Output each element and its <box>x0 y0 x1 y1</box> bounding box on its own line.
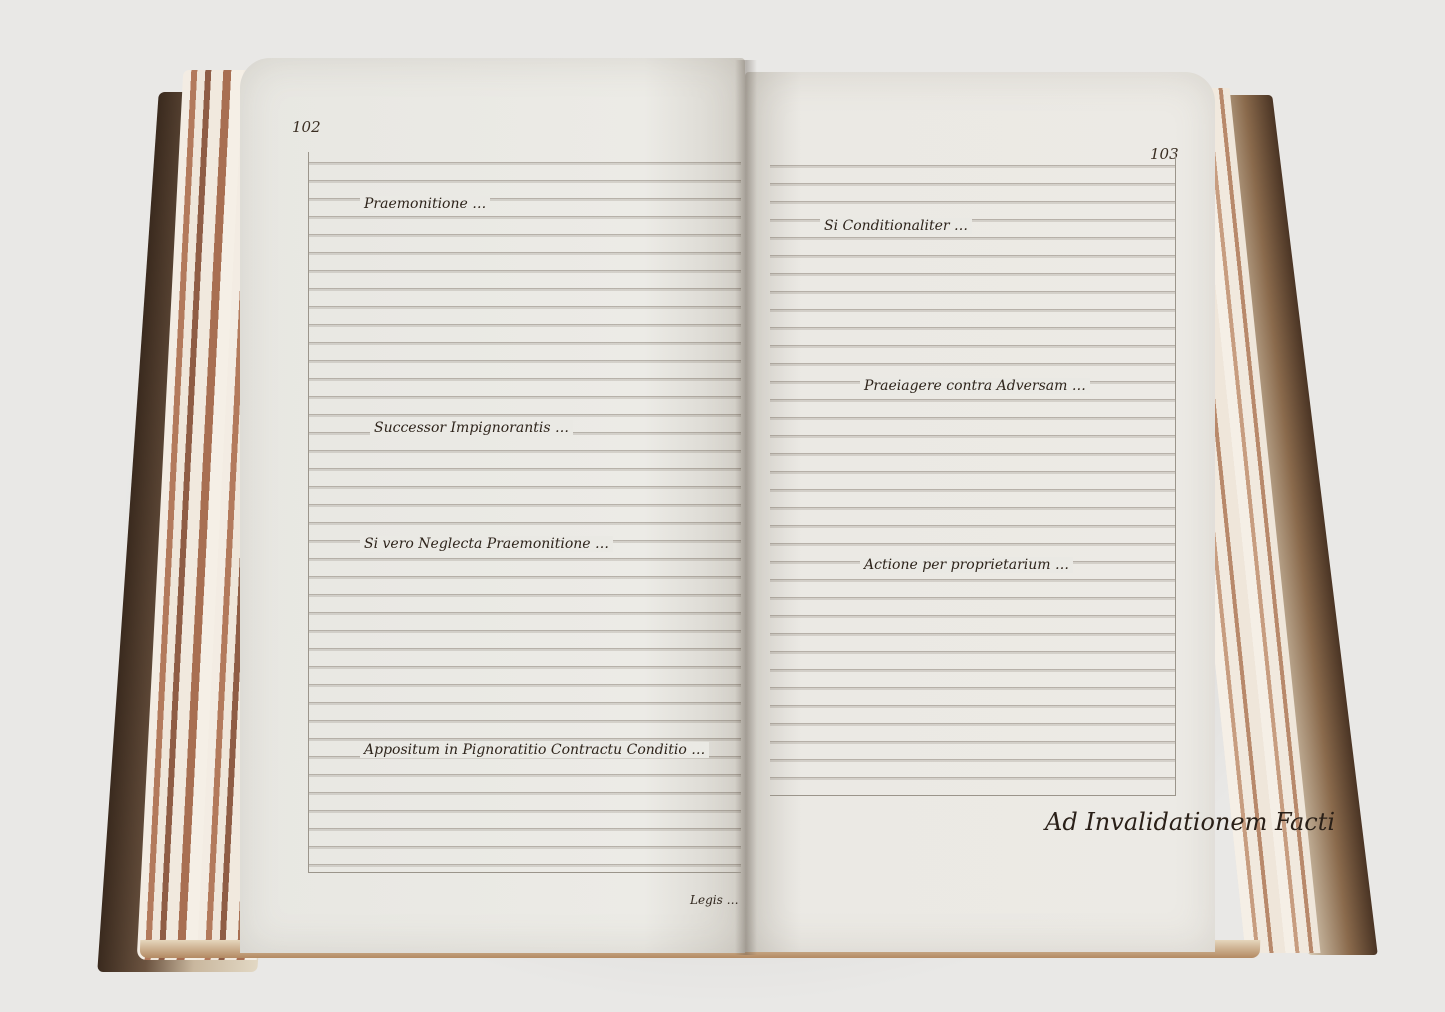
right-handwritten-text-block <box>770 155 1176 796</box>
left-heading-3: Si vero Neglecta Praemonitione … <box>360 536 613 552</box>
left-heading-2: Successor Impignorantis … <box>370 420 573 436</box>
right-heading-2: Praeiagere contra Adversam … <box>860 378 1090 394</box>
handwriting-lines <box>770 155 1175 795</box>
right-heading-3: Actione per proprietarium … <box>860 557 1073 573</box>
left-handwritten-text-block <box>308 152 741 873</box>
left-heading-4: Appositum in Pignoratitio Contractu Cond… <box>360 742 709 758</box>
left-page-number: 102 <box>292 118 321 136</box>
left-heading-1: Praemonitione … <box>360 196 490 212</box>
closing-signature: Ad Invalidationem Facti <box>1045 808 1335 836</box>
photo-scene: 102 103 Praemonitione … Successor Impign… <box>0 0 1445 1012</box>
catchword: Legis … <box>690 893 739 907</box>
handwriting-lines <box>309 152 741 872</box>
right-heading-1: Si Conditionaliter … <box>820 218 972 234</box>
